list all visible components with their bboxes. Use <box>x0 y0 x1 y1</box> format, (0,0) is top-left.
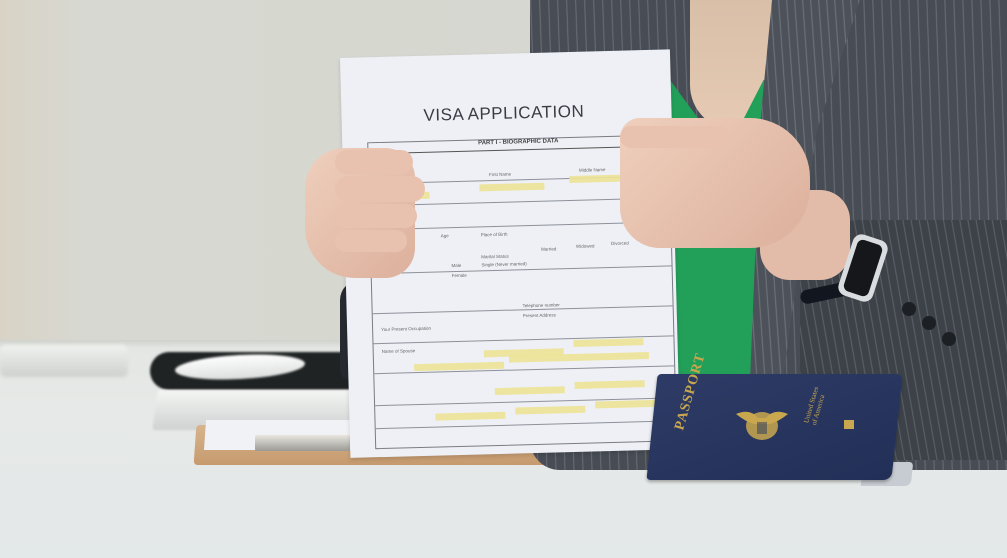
right-hand-pointing <box>620 118 810 248</box>
desk-phone <box>0 345 128 377</box>
left-hand <box>305 148 415 278</box>
photo-scene: VISA APPLICATION PART I - BIOGRAPHIC DAT… <box>0 0 1007 558</box>
clipboard-clip <box>255 435 350 451</box>
biometric-chip-icon <box>844 420 854 429</box>
passport: PASSPORT United States of America <box>652 374 907 486</box>
form-title: VISA APPLICATION <box>423 102 584 126</box>
eagle-seal-icon <box>732 404 792 446</box>
